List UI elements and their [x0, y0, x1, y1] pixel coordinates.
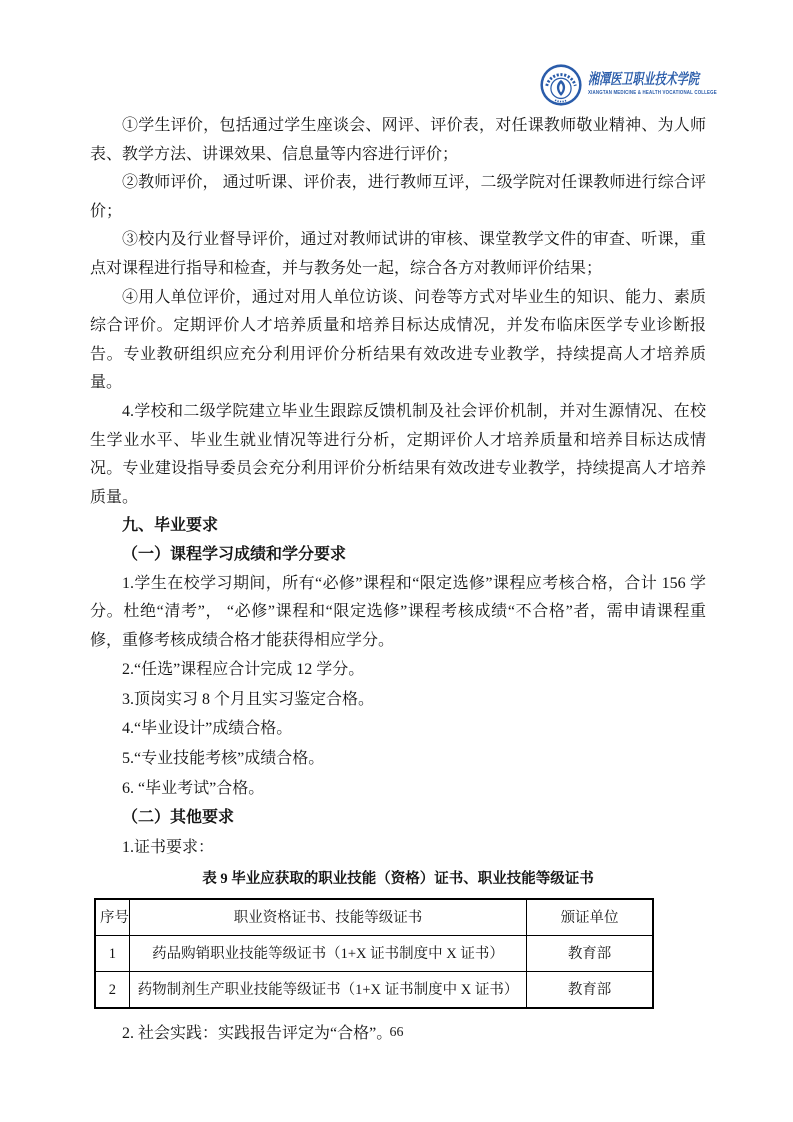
row1-index: 1 — [95, 936, 129, 972]
document-page: 湘潭医卫职业技术学院 XIANGTAN MEDICINE & HEALTH VO… — [0, 0, 793, 1122]
paragraph-teacher-evaluation: ②教师评价， 通过听课、评价表，进行教师互评，二级学院对任课教师进行综合评价； — [90, 169, 706, 226]
subheading-other-requirements: （二）其他要求 — [90, 804, 706, 833]
requirement-3-internship: 3.顶岗实习 8 个月且实习鉴定合格。 — [90, 686, 706, 715]
page-number: 66 — [0, 1025, 793, 1041]
paragraph-supervisor-evaluation: ③校内及行业督导评价，通过对教师试讲的审核、课堂教学文件的审查、听课，重点对课程… — [90, 226, 706, 283]
requirement-6-graduation-exam: 6. “毕业考试”合格。 — [90, 775, 706, 804]
college-logo: 湘潭医卫职业技术学院 XIANGTAN MEDICINE & HEALTH VO… — [540, 64, 738, 106]
college-seal-icon — [540, 64, 582, 106]
table-header-issuer: 颁证单位 — [527, 899, 653, 936]
document-body: ①学生评价，包括通过学生座谈会、网评、评价表，对任课教师敬业精神、为人师表、教学… — [90, 112, 706, 1049]
paragraph-employer-evaluation: ④用人单位评价，通过对用人单位访谈、问卷等方式对毕业生的知识、能力、素质综合评价… — [90, 284, 706, 398]
certificates-table: 序号 职业资格证书、技能等级证书 颁证单位 1 药品购销职业技能等级证书（1+X… — [94, 898, 654, 1009]
table-row: 1 药品购销职业技能等级证书（1+X 证书制度中 X 证书） 教育部 — [95, 936, 653, 972]
row2-index: 2 — [95, 972, 129, 1009]
college-name-chinese: 湘潭医卫职业技术学院 — [588, 68, 699, 89]
college-name-english: XIANGTAN MEDICINE & HEALTH VOCATIONAL CO… — [588, 90, 720, 96]
requirement-2-elective-credits: 2.“任选”课程应合计完成 12 学分。 — [90, 656, 706, 685]
table-header-index: 序号 — [95, 899, 129, 936]
requirement-4-graduation-design: 4.“毕业设计”成绩合格。 — [90, 715, 706, 744]
paragraph-student-evaluation: ①学生评价，包括通过学生座谈会、网评、评价表，对任课教师敬业精神、为人师表、教学… — [90, 112, 706, 169]
row2-certificate: 药物制剂生产职业技能等级证书（1+X 证书制度中 X 证书） — [129, 972, 526, 1009]
heading-graduation-requirements: 九、毕业要求 — [90, 512, 706, 541]
paragraph-certificate-requirement: 1.证书要求： — [90, 834, 706, 863]
college-name-block: 湘潭医卫职业技术学院 XIANGTAN MEDICINE & HEALTH VO… — [588, 68, 738, 96]
table9-caption: 表 9 毕业应获取的职业技能（资格）证书、职业技能等级证书 — [90, 869, 706, 889]
subheading-course-credit-requirements: （一）课程学习成绩和学分要求 — [90, 541, 706, 570]
table-header-certificate: 职业资格证书、技能等级证书 — [129, 899, 526, 936]
table-row: 2 药物制剂生产职业技能等级证书（1+X 证书制度中 X 证书） 教育部 — [95, 972, 653, 1009]
requirement-1-credits: 1.学生在校学习期间，所有“必修”课程和“限定选修”课程应考核合格，合计 156… — [90, 570, 706, 656]
requirement-5-skill-assessment: 5.“专业技能考核”成绩合格。 — [90, 745, 706, 774]
paragraph-feedback-mechanism: 4.学校和二级学院建立毕业生跟踪反馈机制及社会评价机制，并对生源情况、在校生学业… — [90, 398, 706, 512]
row2-issuer: 教育部 — [527, 972, 653, 1009]
table-header-row: 序号 职业资格证书、技能等级证书 颁证单位 — [95, 899, 653, 936]
row1-certificate: 药品购销职业技能等级证书（1+X 证书制度中 X 证书） — [129, 936, 526, 972]
row1-issuer: 教育部 — [527, 936, 653, 972]
